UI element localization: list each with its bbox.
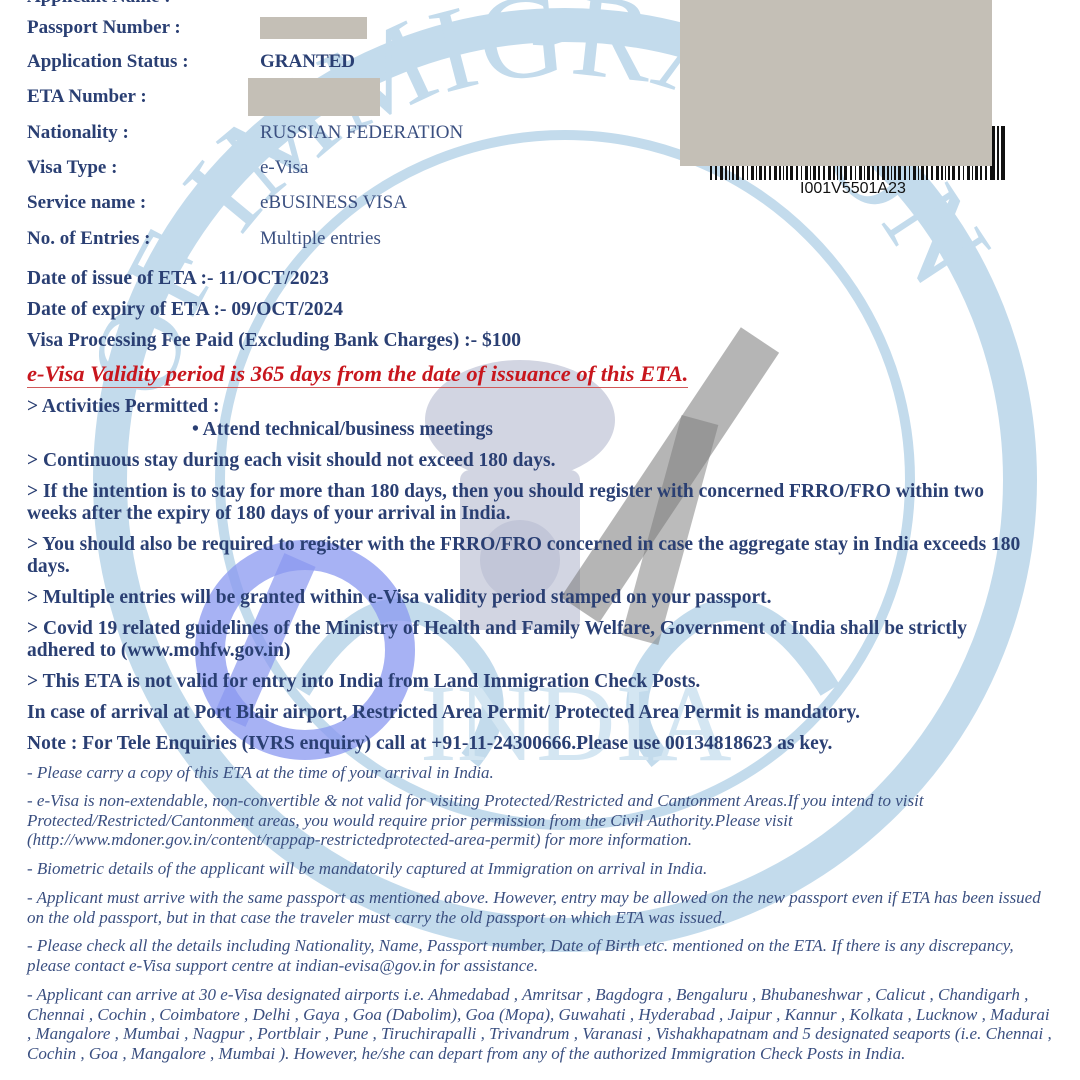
condition-item: > Covid 19 related guidelines of the Min… [27, 618, 1037, 662]
service-name-value: eBUSINESS VISA [260, 192, 407, 214]
activity-item: • Attend technical/business meetings [192, 419, 493, 441]
date-of-expiry: Date of expiry of ETA :- 09/OCT/2024 [27, 299, 343, 321]
nationality-value: RUSSIAN FEDERATION [260, 122, 463, 144]
condition-item: > If the intention is to stay for more t… [27, 481, 1037, 525]
note-item: - Biometric details of the applicant wil… [27, 859, 1057, 879]
barcode [710, 126, 1006, 180]
note-item: - e-Visa is non-extendable, non-converti… [27, 791, 1057, 850]
entries-value: Multiple entries [260, 228, 381, 250]
field-entries: No. of Entries : Multiple entries [27, 224, 381, 254]
status-value: GRANTED [260, 51, 355, 73]
note-item: - Applicant must arrive with the same pa… [27, 888, 1057, 927]
applicant-name-label: Applicant Name : [27, 0, 171, 8]
eta-document: Applicant Name : Passport Number : Appli… [0, 0, 1080, 1080]
note-item: - Please check all the details including… [27, 936, 1057, 975]
passport-number-redacted [260, 17, 367, 39]
field-label: Service name : [27, 192, 260, 214]
visa-type-value: e-Visa [260, 157, 308, 179]
condition-item: > This ETA is not valid for entry into I… [27, 671, 1037, 693]
field-nationality: Nationality : RUSSIAN FEDERATION [27, 118, 463, 148]
validity-notice: e-Visa Validity period is 365 days from … [27, 361, 688, 388]
field-eta-number: ETA Number : [27, 82, 380, 112]
field-label: Nationality : [27, 122, 260, 144]
condition-item: > You should also be required to registe… [27, 534, 1037, 578]
field-label: Passport Number : [27, 17, 260, 39]
field-label: Application Status : [27, 51, 260, 73]
activities-heading: > Activities Permitted : [27, 396, 220, 418]
condition-item: > Continuous stay during each visit shou… [27, 450, 1037, 472]
processing-fee: Visa Processing Fee Paid (Excluding Bank… [27, 330, 521, 352]
field-passport-number: Passport Number : [27, 13, 367, 43]
airports-note: - Applicant can arrive at 30 e-Visa desi… [27, 985, 1057, 1063]
field-service-name: Service name : eBUSINESS VISA [27, 188, 407, 218]
ivrs-note: Note : For Tele Enquiries (IVRS enquiry)… [27, 733, 1037, 755]
field-application-status: Application Status : GRANTED [27, 47, 355, 77]
eta-number-redacted [248, 78, 380, 116]
field-label: ETA Number : [27, 86, 260, 108]
field-visa-type: Visa Type : e-Visa [27, 153, 308, 183]
field-label: No. of Entries : [27, 228, 260, 250]
condition-item: > Multiple entries will be granted withi… [27, 587, 1037, 609]
field-label: Visa Type : [27, 157, 260, 179]
barcode-code: I001V5501A23 [800, 180, 906, 198]
date-of-issue: Date of issue of ETA :- 11/OCT/2023 [27, 268, 329, 290]
note-item: - Please carry a copy of this ETA at the… [27, 763, 1057, 783]
port-blair-notice: In case of arrival at Port Blair airport… [27, 702, 1037, 724]
